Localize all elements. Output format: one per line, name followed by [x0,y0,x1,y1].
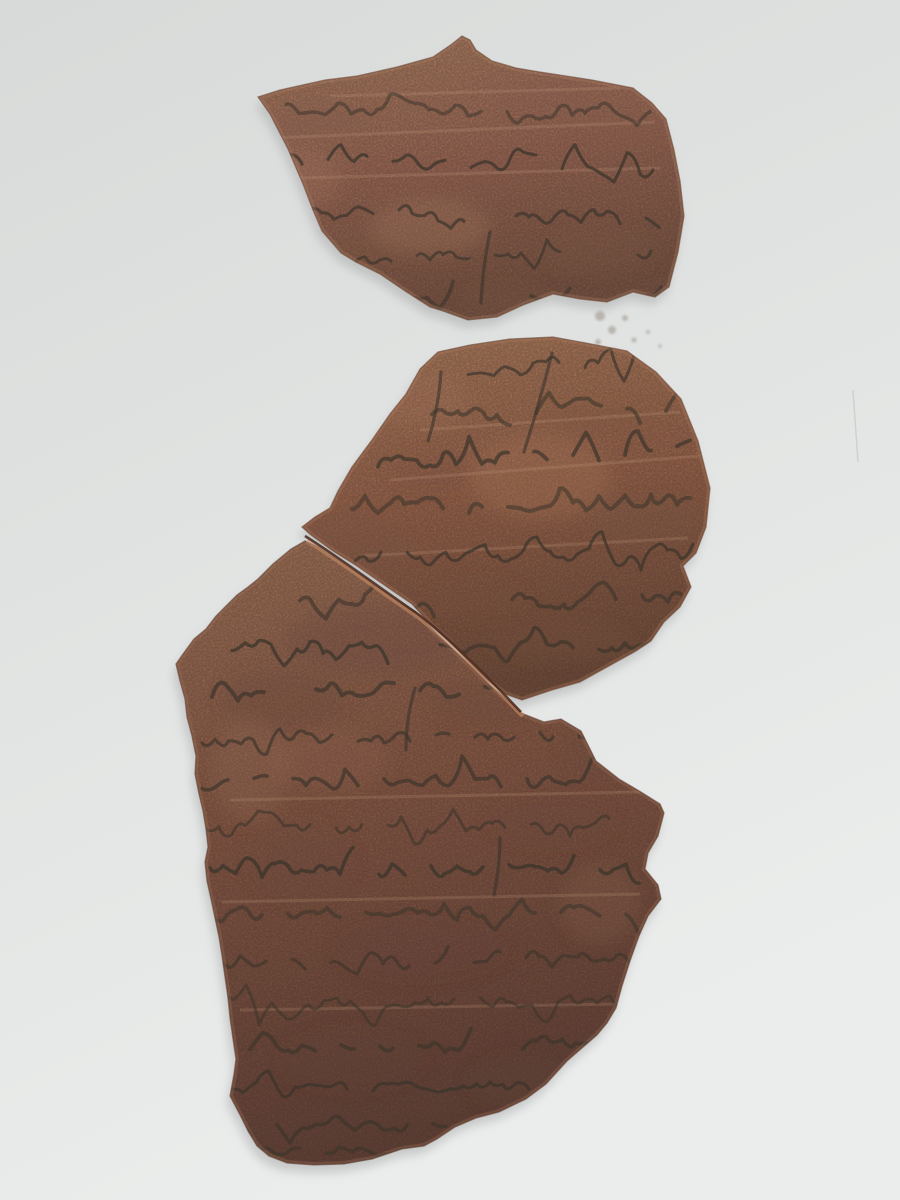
photo-stage: Photograph of three broken terracotta os… [0,0,900,1200]
ostraca-photograph [0,0,900,1200]
